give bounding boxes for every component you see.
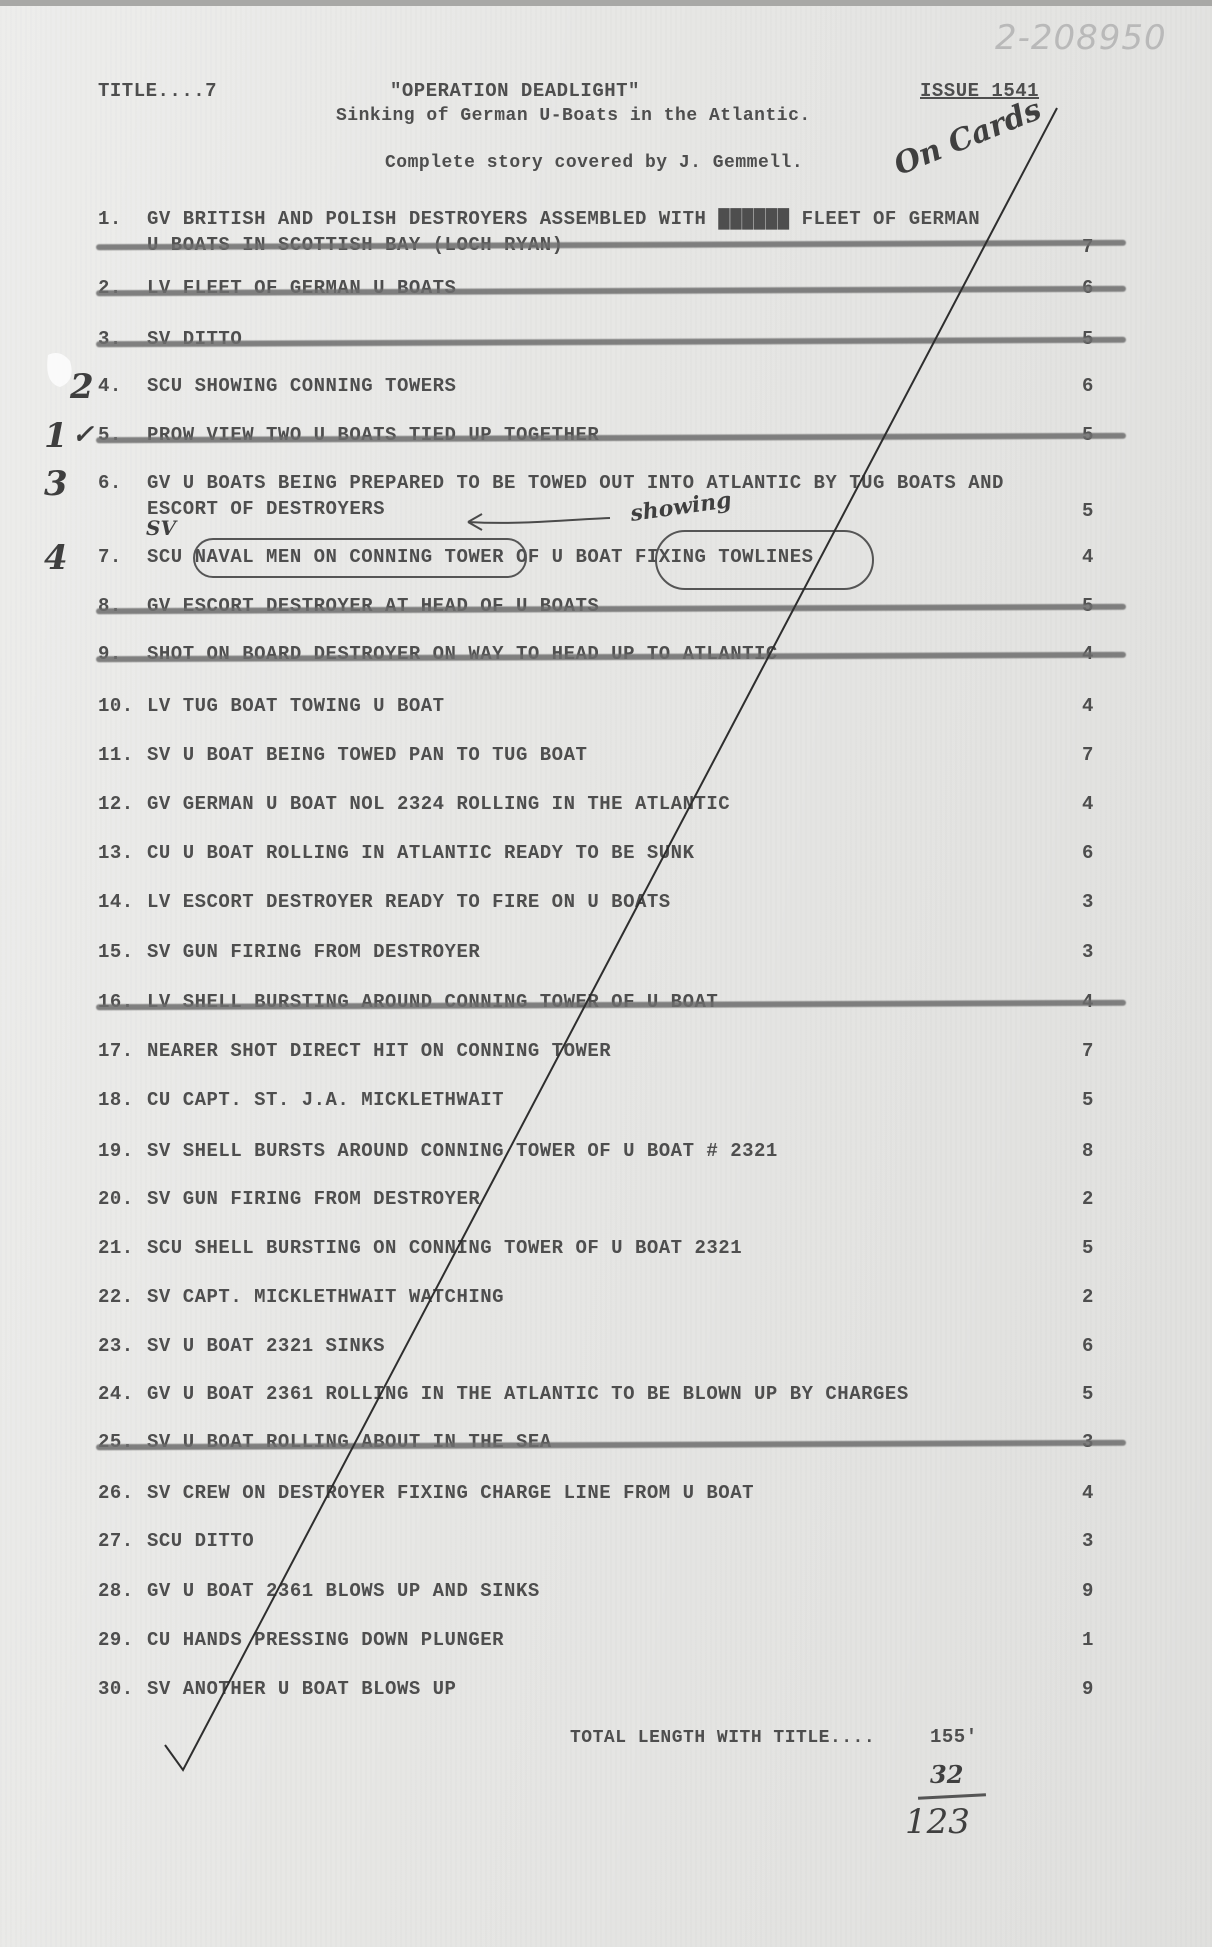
diagonal-check-mark [165, 108, 1057, 1770]
annotation-layer [0, 0, 1212, 1947]
paper-blot [47, 353, 71, 387]
arrow-icon [468, 514, 610, 530]
